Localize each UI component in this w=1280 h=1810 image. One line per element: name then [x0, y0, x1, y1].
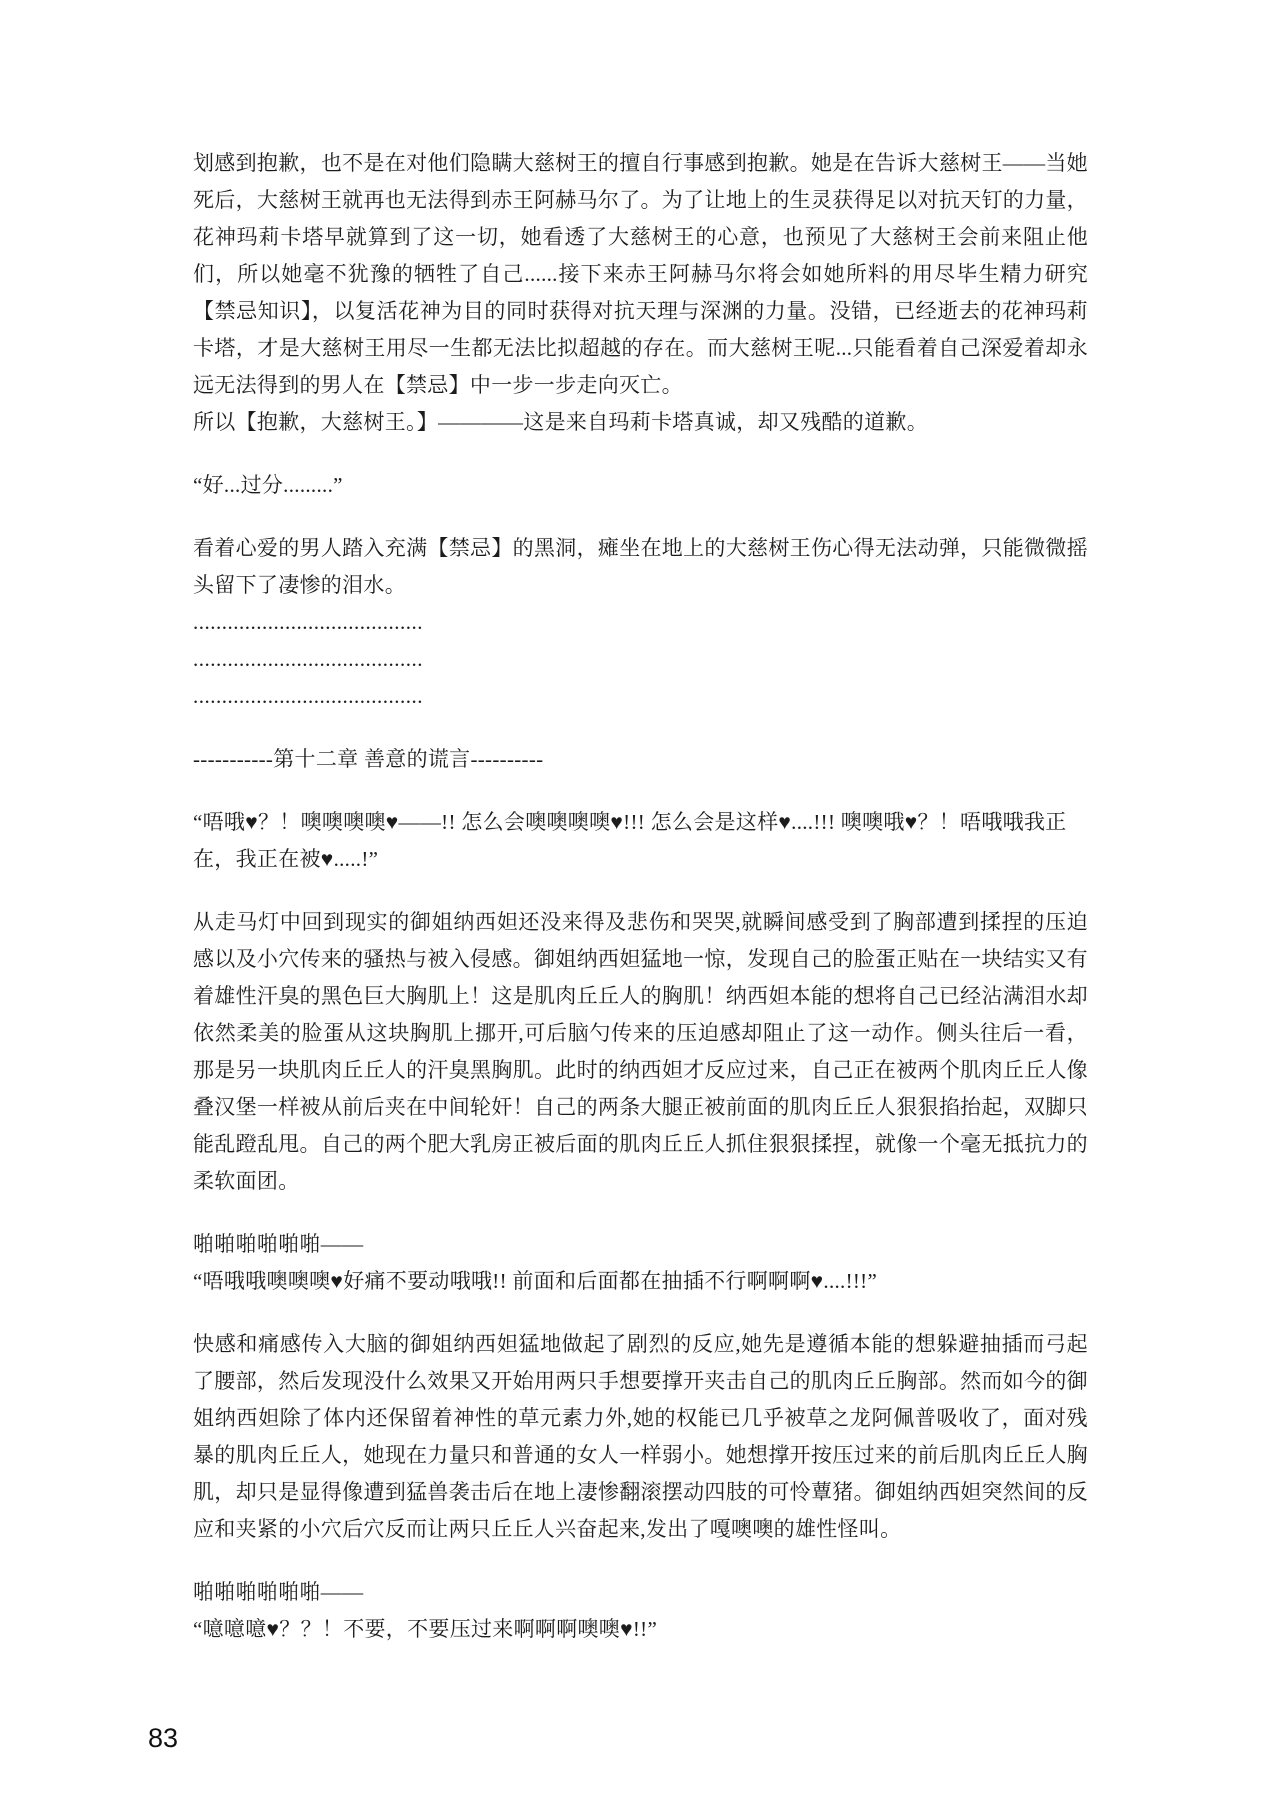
ellipsis-separator: ........................................ [193, 678, 1088, 715]
dialogue-line: “好...过分.........” [193, 467, 1088, 504]
dialogue-line: “唔哦♥？！噢噢噢噢♥——!! 怎么会噢噢噢噢♥!!! 怎么会是这样♥....!… [193, 804, 1088, 878]
text-column: 划感到抱歉，也不是在对他们隐瞒大慈树王的擅自行事感到抱歉。她是在告诉大慈树王——… [193, 145, 1088, 1648]
dialogue-line: “唔哦哦噢噢噢♥好痛不要动哦哦!! 前面和后面都在抽插不行啊啊啊♥....!!!… [193, 1263, 1088, 1300]
document-page: 划感到抱歉，也不是在对他们隐瞒大慈树王的擅自行事感到抱歉。她是在告诉大慈树王——… [0, 0, 1280, 1810]
dialogue-line: “噫噫噫♥？？！不要，不要压过来啊啊啊噢噢♥!!” [193, 1611, 1088, 1648]
chapter-heading: -----------第十二章 善意的谎言---------- [193, 741, 1088, 778]
body-paragraph: 看着心爱的男人踏入充满【禁忌】的黑洞，瘫坐在地上的大慈树王伤心得无法动弹，只能微… [193, 530, 1088, 604]
sfx-line: 啪啪啪啪啪啪—— [193, 1574, 1088, 1611]
sfx-line: 啪啪啪啪啪啪—— [193, 1226, 1088, 1263]
body-paragraph: 快感和痛感传入大脑的御姐纳西妲猛地做起了剧烈的反应,她先是遵循本能的想躲避抽插而… [193, 1326, 1088, 1548]
body-paragraph: 划感到抱歉，也不是在对他们隐瞒大慈树王的擅自行事感到抱歉。她是在告诉大慈树王——… [193, 145, 1088, 404]
page-number: 83 [148, 1722, 178, 1754]
ellipsis-separator: ........................................ [193, 641, 1088, 678]
body-paragraph: 从走马灯中回到现实的御姐纳西妲还没来得及悲伤和哭哭,就瞬间感受到了胸部遭到揉捏的… [193, 904, 1088, 1200]
body-paragraph: 所以【抱歉，大慈树王。】————这是来自玛莉卡塔真诚，却又残酷的道歉。 [193, 404, 1088, 441]
ellipsis-separator: ........................................ [193, 604, 1088, 641]
